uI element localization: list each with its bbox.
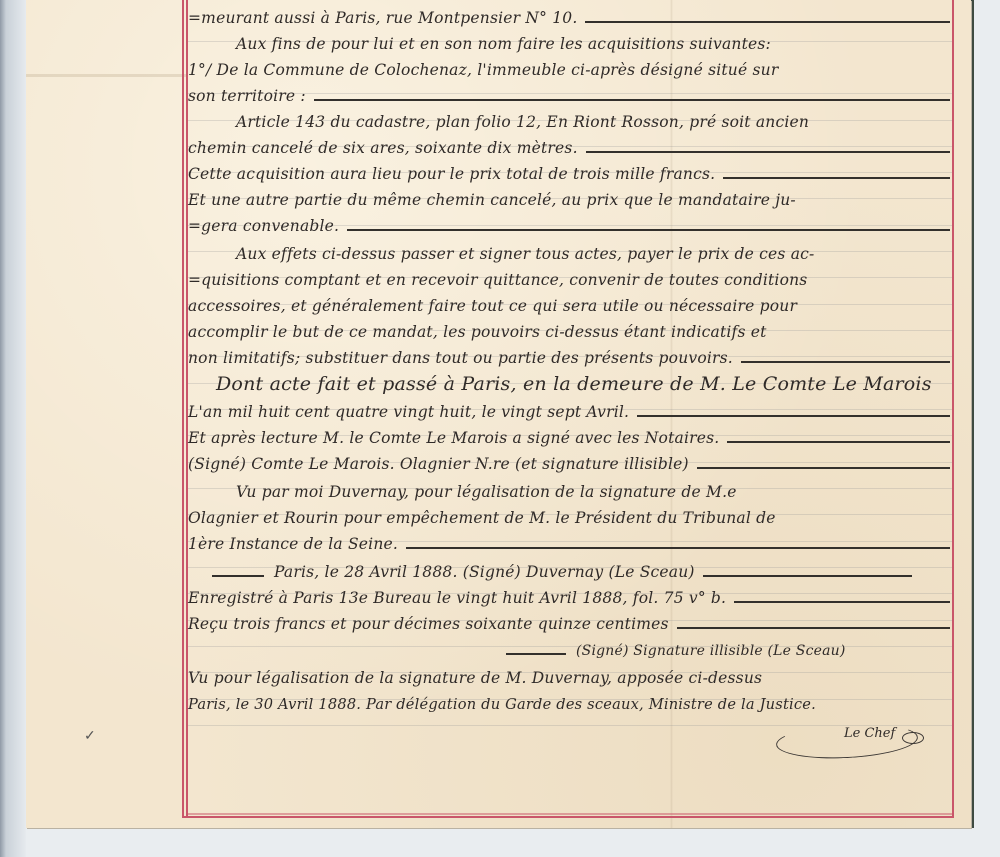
text-line: Reçu trois francs et pour décimes soixan… <box>188 610 952 636</box>
text-line: Paris, le 30 Avril 1888. Par délégation … <box>188 690 952 716</box>
text-line: Cette acquisition aura lieu pour le prix… <box>188 160 952 186</box>
filler-dash <box>723 177 950 179</box>
text-line: =meurant aussi à Paris, rue Montpensier … <box>188 4 952 30</box>
text-line: Olagnier et Rourin pour empêchement de M… <box>188 504 952 530</box>
document-page: =meurant aussi à Paris, rue Montpensier … <box>26 0 971 828</box>
text-line: Article 143 du cadastre, plan folio 12, … <box>188 108 952 134</box>
filler-dash <box>586 151 950 153</box>
signature-le-chef: Le Chef <box>844 726 895 741</box>
text-line: Vu par moi Duvernay, pour légalisation d… <box>188 478 952 504</box>
text-line: =gera convenable. <box>188 212 952 238</box>
text-line: L'an mil huit cent quatre vingt huit, le… <box>188 398 952 424</box>
text-line: (Signé) Comte Le Marois. Olagnier N.re (… <box>188 450 952 476</box>
filler-dash <box>703 575 912 577</box>
filler-dash <box>347 229 950 231</box>
scanner-edge <box>0 0 26 857</box>
text-line: Aux effets ci-dessus passer et signer to… <box>188 240 952 266</box>
filler-dash <box>741 361 950 363</box>
text-line: Et une autre partie du même chemin cance… <box>188 186 952 212</box>
text-line: Et après lecture M. le Comte Le Marois a… <box>188 424 952 450</box>
filler-dash <box>697 467 950 469</box>
text-line: Paris, le 28 Avril 1888. (Signé) Duverna… <box>188 558 952 584</box>
paper-pinhole: ✓ <box>84 728 96 744</box>
text-line: Vu pour légalisation de la signature de … <box>188 664 952 690</box>
filler-dash <box>585 21 950 23</box>
filler-dash <box>212 575 264 577</box>
red-border-right <box>952 0 954 818</box>
filler-dash <box>734 601 950 603</box>
text-line: Dont acte fait et passé à Paris, en la d… <box>188 372 952 398</box>
text-line: 1ère Instance de la Seine. <box>188 530 952 556</box>
text-line: Enregistré à Paris 13e Bureau le vingt h… <box>188 584 952 610</box>
text-line: accessoires, et généralement faire tout … <box>188 292 952 318</box>
filler-dash <box>677 627 950 629</box>
text-line: son territoire : <box>188 82 952 108</box>
text-line: chemin cancelé de six ares, soixante dix… <box>188 134 952 160</box>
text-line: =quisitions comptant et en recevoir quit… <box>188 266 952 292</box>
signature-flourish <box>902 732 924 744</box>
text-line: non limitatifs; substituer dans tout ou … <box>188 344 952 370</box>
filler-dash <box>406 547 950 549</box>
filler-dash <box>727 441 950 443</box>
filler-dash <box>506 653 566 655</box>
text-line: accomplir le but de ce mandat, les pouvo… <box>188 318 952 344</box>
text-line: Aux fins de pour lui et en son nom faire… <box>188 30 952 56</box>
filler-dash <box>314 99 950 101</box>
red-border-bottom <box>186 813 952 815</box>
red-border-bottom <box>182 816 954 818</box>
filler-dash <box>637 415 950 417</box>
text-line: (Signé) Signature illisible (Le Sceau) <box>188 636 952 662</box>
red-margin-rule <box>182 0 184 818</box>
paper-fold-horizontal <box>26 74 186 77</box>
text-line: 1°/ De la Commune de Colochenaz, l'immeu… <box>188 56 952 82</box>
